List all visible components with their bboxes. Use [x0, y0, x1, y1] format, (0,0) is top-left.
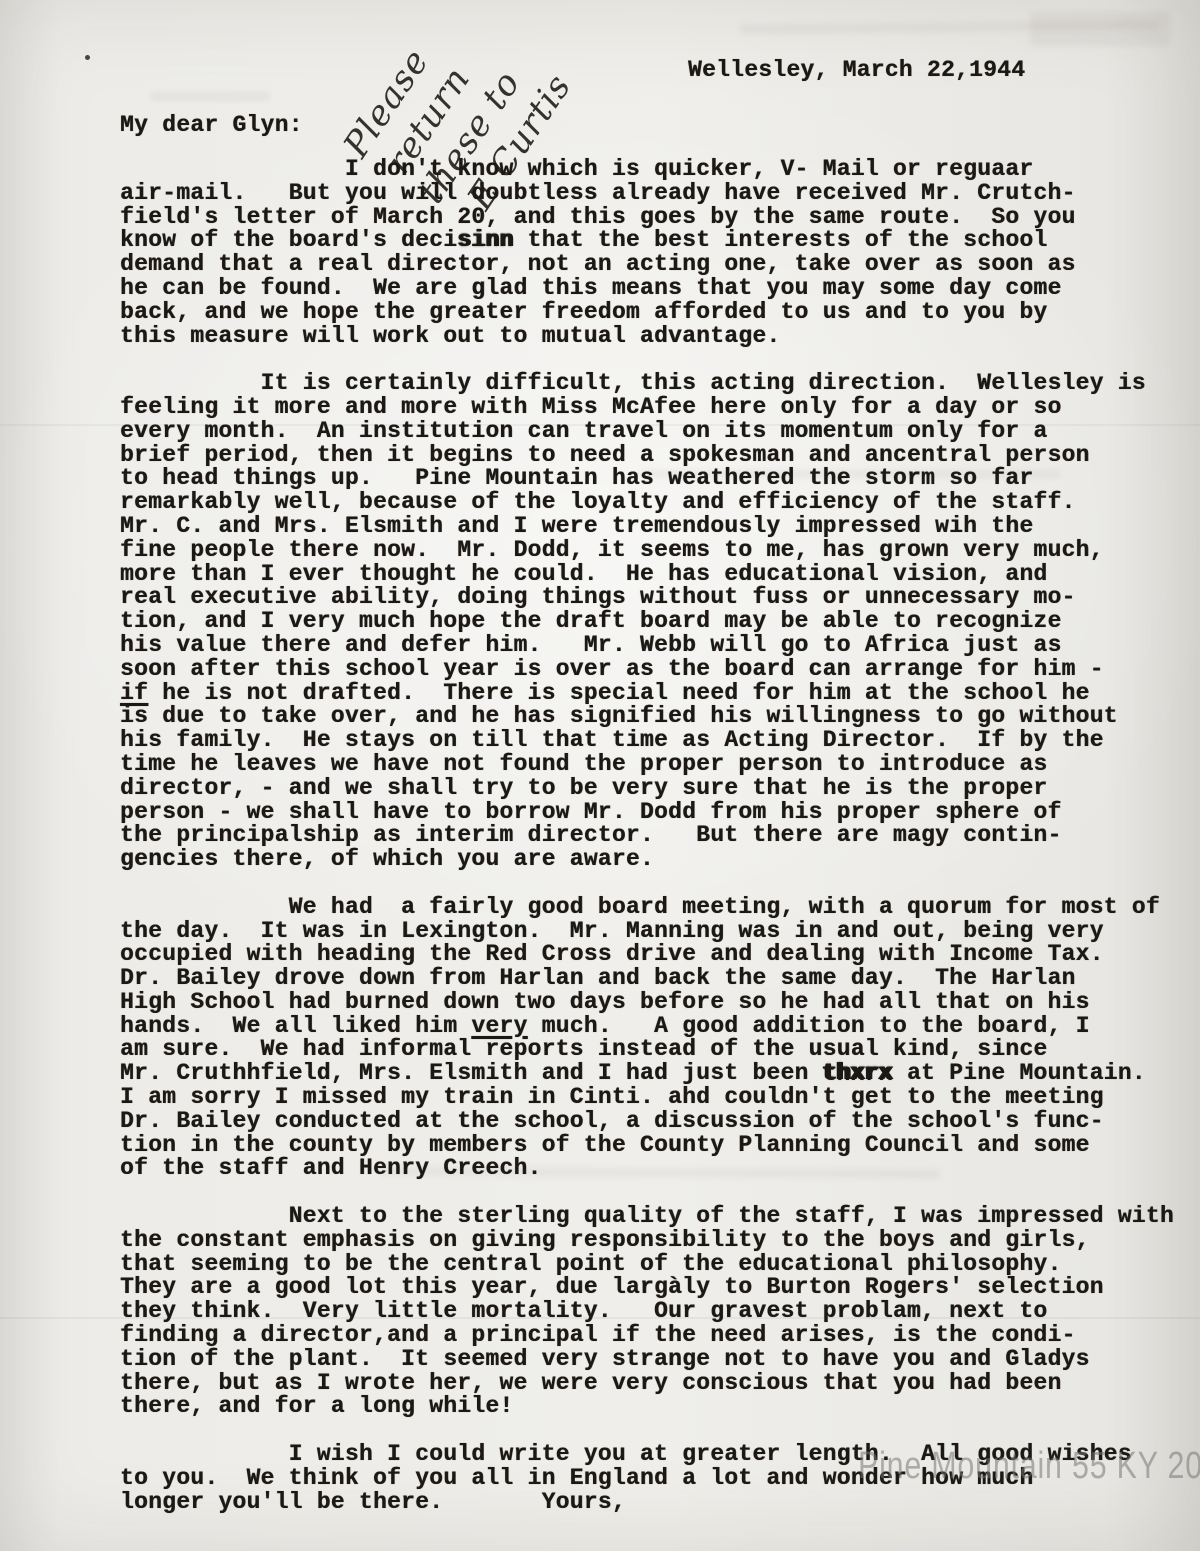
letter-line: person - we shall have to borrow Mr. Dod… [120, 801, 1180, 825]
date-line: Wellesley, March 22,1944 [688, 57, 1025, 83]
letter-line-text: hands. We all liked him [120, 1013, 471, 1039]
letter-line: air-mail. But you will doubtless already… [120, 182, 1180, 206]
letter-line: finding a director,and a principal if th… [120, 1324, 1180, 1348]
letter-line: is due to take over, and he has signifie… [120, 705, 1180, 729]
letter-line-text: at Pine Mountain. [893, 1060, 1146, 1086]
letter-line: Next to the sterling quality of the staf… [120, 1205, 1180, 1229]
letter-line: there, but as I wrote her, we were very … [120, 1372, 1180, 1396]
archive-watermark: Pine Mountain 55 KY 2018 [858, 1445, 1200, 1488]
letter-line: know of the board's decisinn that the be… [120, 229, 1180, 253]
letter-line: I don't know which is quicker, V- Mail o… [120, 158, 1180, 182]
letter-line: if he is not drafted. There is special n… [120, 682, 1180, 706]
letter-line-text: that the best interests of the school [513, 227, 1047, 253]
letter-line: real executive ability, doing things wit… [120, 586, 1180, 610]
letter-body: I don't know which is quicker, V- Mail o… [120, 158, 1180, 1514]
letter-line: Dr. Bailey conducted at the school, a di… [120, 1110, 1180, 1134]
letter-line-underline: very [471, 1013, 527, 1039]
letter-line: occupied with heading the Red Cross driv… [120, 943, 1180, 967]
letter-line: his value there and defer him. Mr. Webb … [120, 634, 1180, 658]
ghost-marks [740, 20, 1160, 34]
paragraph-gap [120, 348, 1180, 372]
letter-line: brief period, then it begins to need a s… [120, 444, 1180, 468]
letter-line: of the staff and Henry Creech. [120, 1157, 1180, 1181]
letter-line: every month. An institution can travel o… [120, 420, 1180, 444]
letter-line: Mr. C. and Mrs. Elsmith and I were treme… [120, 515, 1180, 539]
letter-line: there, and for a long while! [120, 1395, 1180, 1419]
paragraph-gap [120, 872, 1180, 896]
letter-line: time he leaves we have not found the pro… [120, 753, 1180, 777]
letter-line: he can be found. We are glad this means … [120, 277, 1180, 301]
letter-line: Mr. Cruthhfield, Mrs. Elsmith and I had … [120, 1062, 1180, 1086]
letter-line-text: he is not drafted. There is special need… [148, 680, 1090, 706]
letter-line: that seeming to be the central point of … [120, 1253, 1180, 1277]
letter-line: They are a good lot this year, due largà… [120, 1276, 1180, 1300]
salutation: My dear Glyn: [120, 112, 303, 138]
letter-line: We had a fairly good board meeting, with… [120, 896, 1180, 920]
letter-line: his family. He stays on till that time a… [120, 729, 1180, 753]
letter-line: remarkably well, because of the loyalty … [120, 491, 1180, 515]
letter-line: they think. Very little mortality. Our g… [120, 1300, 1180, 1324]
letter-line: to head things up. Pine Mountain has wea… [120, 467, 1180, 491]
letter-line: soon after this school year is over as t… [120, 658, 1180, 682]
letter-line: I am sorry I missed my train in Cinti. a… [120, 1086, 1180, 1110]
letter-line: fine people there now. Mr. Dodd, it seem… [120, 539, 1180, 563]
letter-line: It is certainly difficult, this acting d… [120, 372, 1180, 396]
letter-line-text: much. A good addition to the board, I [528, 1013, 1090, 1039]
letter-line: hands. We all liked him very much. A goo… [120, 1015, 1180, 1039]
letter-line: the constant emphasis on giving responsi… [120, 1229, 1180, 1253]
letter-line: tion in the county by members of the Cou… [120, 1134, 1180, 1158]
letter-line: feeling it more and more with Miss McAfe… [120, 396, 1180, 420]
letter-line: tion, and I very much hope the draft boa… [120, 610, 1180, 634]
letter-line: field's letter of March 20, and this goe… [120, 206, 1180, 230]
ghost-marks [150, 92, 270, 101]
letter-line: Dr. Bailey drove down from Harlan and ba… [120, 967, 1180, 991]
letter-line: demand that a real director, not an acti… [120, 253, 1180, 277]
letter-line: longer you'll be there. Yours, [120, 1491, 1180, 1515]
letter-line: director, - and we shall try to be very … [120, 777, 1180, 801]
paragraph-gap [120, 1419, 1180, 1443]
letter-line-text: Mr. Cruthhfield, Mrs. Elsmith and I had … [120, 1060, 823, 1086]
letter-line: back, and we hope the greater freedom af… [120, 301, 1180, 325]
letter-line: the day. It was in Lexington. Mr. Mannin… [120, 920, 1180, 944]
paragraph-gap [120, 1181, 1180, 1205]
letter-line-xout: thxrx [823, 1060, 893, 1086]
letter-line-smudge: sinn [457, 227, 513, 253]
ink-speck [85, 55, 90, 60]
ghost-marks [1030, 12, 1170, 46]
letter-line: gencies there, of which you are aware. [120, 848, 1180, 872]
letter-line-underline: if [120, 680, 148, 706]
letter-line: tion of the plant. It seemed very strang… [120, 1348, 1180, 1372]
letter-line: am sure. We had informal reports instead… [120, 1038, 1180, 1062]
letter-line: the principalship as interim director. B… [120, 824, 1180, 848]
letter-line: more than I ever thought he could. He ha… [120, 563, 1180, 587]
letter-line: this measure will work out to mutual adv… [120, 325, 1180, 349]
letter-line-text: know of the board's deci [120, 227, 457, 253]
letter-page: Please return these to E Curtis Wellesle… [0, 0, 1200, 1551]
letter-line: High School had burned down two days bef… [120, 991, 1180, 1015]
